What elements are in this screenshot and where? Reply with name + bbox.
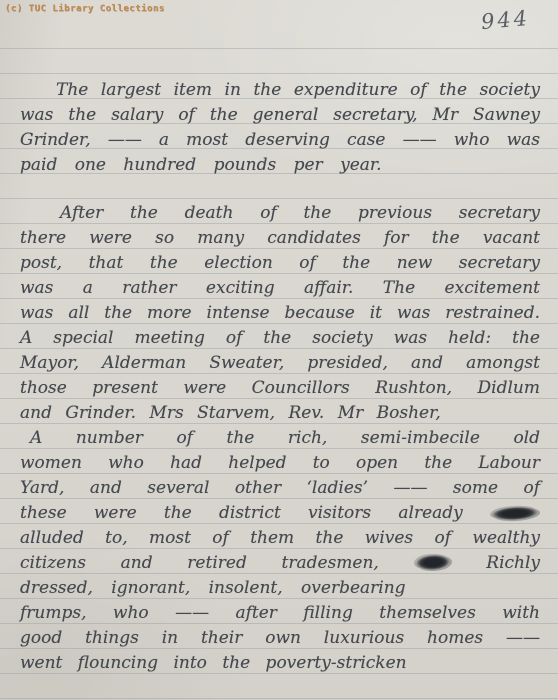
- manuscript-line: Yard, and several other ‘ladies’ —— some…: [20, 476, 540, 501]
- manuscript-line: alluded to, most of them the wives of we…: [20, 526, 540, 551]
- handwritten-text: After the death of the previous secretar…: [60, 203, 540, 223]
- handwritten-text: A special meeting of the society was hel…: [20, 328, 540, 348]
- handwritten-text: dressed, ignorant, insolent, overbearing: [20, 578, 406, 598]
- handwritten-text: these were the district visitors already: [20, 503, 463, 523]
- manuscript-body: The largest item in the expenditure of t…: [20, 78, 540, 676]
- handwritten-text: alluded to, most of them the wives of we…: [20, 528, 540, 548]
- manuscript-line: was all the more intense because it was …: [20, 301, 540, 326]
- manuscript-line: paid one hundred pounds per year.: [20, 153, 540, 178]
- manuscript-line: good things in their own luxurious homes…: [20, 626, 540, 651]
- manuscript-line: A number of the rich, semi-imbecile old: [20, 426, 540, 451]
- handwritten-text: The largest item in the expenditure of t…: [56, 80, 540, 100]
- manuscript-line: and Grinder. Mrs Starvem, Rev. Mr Bosher…: [20, 401, 540, 426]
- manuscript-line: A special meeting of the society was hel…: [20, 326, 540, 351]
- handwritten-text: women who had helped to open the Labour: [20, 453, 540, 473]
- manuscript-line: was the salary of the general secretary,…: [20, 103, 540, 128]
- manuscript-line: The largest item in the expenditure of t…: [20, 78, 540, 103]
- handwritten-text: post, that the election of the new secre…: [20, 253, 540, 273]
- handwritten-text: went flouncing into the poverty-stricken: [20, 653, 407, 673]
- handwritten-text: was a rather exciting affair. The excite…: [20, 278, 540, 298]
- handwritten-text: and Grinder. Mrs Starvem, Rev. Mr Bosher…: [20, 403, 441, 423]
- ink-scribble: [415, 554, 450, 571]
- ink-scribble: [492, 506, 539, 521]
- manuscript-line: there were so many candidates for the va…: [20, 226, 540, 251]
- handwritten-text: was the salary of the general secretary,…: [20, 105, 540, 125]
- manuscript-line: these were the district visitors already: [20, 501, 540, 526]
- handwritten-text: there were so many candidates for the va…: [20, 228, 540, 248]
- handwritten-text: citizens and retired tradesmen,: [20, 553, 379, 573]
- handwritten-text: paid one hundred pounds per year.: [20, 155, 382, 175]
- manuscript-line: went flouncing into the poverty-stricken: [20, 651, 540, 676]
- manuscript-line: women who had helped to open the Labour: [20, 451, 540, 476]
- handwritten-text: A number of the rich, semi-imbecile old: [30, 428, 540, 448]
- manuscript-line: citizens and retired tradesmen, Richly: [20, 551, 540, 576]
- manuscript-line: those present were Councillors Rushton, …: [20, 376, 540, 401]
- handwritten-text: Grinder, —— a most deserving case —— who…: [20, 130, 540, 150]
- manuscript-line: After the death of the previous secretar…: [20, 201, 540, 226]
- handwritten-text: those present were Councillors Rushton, …: [20, 378, 540, 398]
- handwritten-text: good things in their own luxurious homes…: [20, 628, 540, 648]
- manuscript-page: (c) TUC Library Collections 944 The larg…: [0, 0, 558, 700]
- manuscript-line: dressed, ignorant, insolent, overbearing: [20, 576, 540, 601]
- page-number: 944: [480, 6, 531, 34]
- manuscript-line: was a rather exciting affair. The excite…: [20, 276, 540, 301]
- handwritten-text: Yard, and several other ‘ladies’ —— some…: [20, 478, 540, 498]
- manuscript-line: Grinder, —— a most deserving case —— who…: [20, 128, 540, 153]
- handwritten-text: Richly: [486, 553, 540, 573]
- manuscript-line: Mayor, Alderman Sweater, presided, and a…: [20, 351, 540, 376]
- handwritten-text: Mayor, Alderman Sweater, presided, and a…: [20, 353, 540, 373]
- handwritten-text: was all the more intense because it was …: [20, 303, 540, 323]
- manuscript-line: post, that the election of the new secre…: [20, 251, 540, 276]
- copyright-watermark: (c) TUC Library Collections: [5, 4, 165, 14]
- handwritten-text: frumps, who —— after filling themselves …: [20, 603, 540, 623]
- manuscript-line: frumps, who —— after filling themselves …: [20, 601, 540, 626]
